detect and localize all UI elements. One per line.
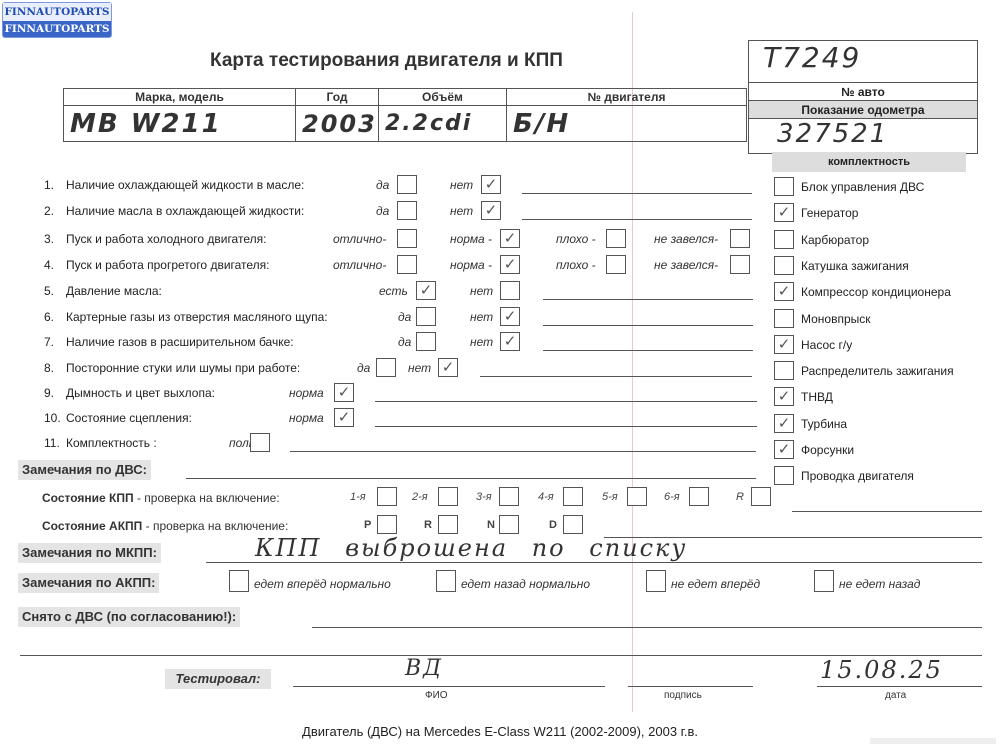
check-number: 8. [44,359,66,377]
comment-line[interactable] [522,193,752,194]
check-number: 9. [44,384,66,402]
gear-checkbox[interactable] [563,487,583,506]
option-label: нет [408,359,431,377]
completeness-label: Блок управления ДВС [801,177,924,197]
gear-checkbox[interactable] [499,515,519,534]
option-checkbox[interactable] [500,281,520,300]
comment-line[interactable] [480,376,752,377]
option-checkbox[interactable] [606,255,626,274]
completeness-label: Моновпрыск [801,309,871,329]
tested-date-line[interactable] [817,686,982,687]
gear-label: 2-я [412,488,428,507]
remarks-manual-value: КПП выброшена по списку [255,534,687,562]
image-caption: Двигатель (ДВС) на Mercedes E-Class W211… [0,724,1000,739]
tested-name-value: ВД [405,656,443,681]
completeness-checkbox[interactable] [774,256,794,275]
completeness-checkbox[interactable] [774,466,794,485]
check-row: 2.Наличие масла в охлаждающей жидкости: [44,202,304,220]
comment-line[interactable] [543,350,753,351]
check-label: Комплектность : [66,436,157,450]
tested-date-value: 15.08.25 [820,656,943,684]
option-label: да [398,333,411,351]
gear-label: 3-я [476,488,492,507]
check-label: Пуск и работа прогретого двигателя: [66,258,270,272]
tested-signature-caption: подпись [664,690,702,701]
option-checkbox[interactable]: ✓ [481,201,501,220]
auto-remark-checkbox[interactable] [436,570,456,592]
completeness-checkbox[interactable]: ✓ [774,282,794,301]
option-checkbox[interactable] [397,255,417,274]
gear-label: 1-я [350,488,366,507]
check-row: 11.Комплектность : [44,434,157,452]
manual-gearbox-label-rest: - проверка на включение: [134,491,280,505]
comment-line[interactable] [375,401,757,402]
gear-checkbox[interactable] [563,515,583,534]
check-number: 4. [44,256,66,274]
check-number: 2. [44,202,66,220]
completeness-label: Компрессор кондиционера [801,282,951,302]
completeness-checkbox[interactable]: ✓ [774,335,794,354]
option-label: норма [289,384,324,402]
completeness-label: Насос г/у [801,335,852,355]
check-label: Наличие масла в охлаждающей жидкости: [66,204,304,218]
gear-label: N [487,516,495,535]
gear-checkbox[interactable] [438,487,458,506]
option-checkbox[interactable] [250,433,270,452]
option-label: плохо - [556,256,596,274]
completeness-checkbox[interactable] [774,230,794,249]
gear-checkbox[interactable] [377,515,397,534]
completeness-label: ТНВД [801,387,833,407]
manual-gearbox-label: Состояние КПП - проверка на включение: [42,489,280,507]
remarks-auto-label: Замечания по АКПП: [18,573,159,593]
option-label: отлично- [333,256,386,274]
option-checkbox[interactable]: ✓ [416,281,436,300]
auto-number-box: T7249 № авто Показание одометра 327521 [748,40,978,154]
completeness-label: Форсунки [801,440,854,460]
completeness-label: Проводка двигателя [801,466,914,486]
check-number: 6. [44,308,66,326]
auto-remark-label: едет назад нормально [461,575,590,593]
option-checkbox[interactable]: ✓ [334,408,354,427]
check-label: Пуск и работа холодного двигателя: [66,232,266,246]
option-checkbox[interactable]: ✓ [500,307,520,326]
check-number: 5. [44,282,66,300]
comment-line[interactable] [290,451,756,452]
check-label: Посторонние стуки или шумы при работе: [66,361,300,375]
check-number: 3. [44,230,66,248]
check-row: 9.Дымность и цвет выхлопа: [44,384,215,402]
auto-remark-label: не едет назад [839,575,920,593]
logo-line-1: FINNAUTOPARTS [3,3,111,21]
gear-checkbox[interactable] [627,487,647,506]
option-checkbox[interactable] [376,358,396,377]
remarks-manual-line[interactable] [206,562,982,563]
completeness-label: Турбина [801,414,847,434]
comment-line[interactable] [522,219,752,220]
option-label: нет [450,176,473,194]
check-row: 4.Пуск и работа прогретого двигателя: [44,256,270,274]
year-value: 2003 [296,106,379,142]
check-number: 7. [44,333,66,351]
removed-label: Снято с ДВС (по согласованию!): [18,607,240,627]
option-checkbox[interactable] [730,255,750,274]
gear-label: 5-я [602,488,618,507]
option-label: да [376,202,389,220]
option-checkbox[interactable]: ✓ [438,358,458,377]
check-row: 5.Давление масла: [44,282,162,300]
gear-checkbox[interactable] [751,487,771,506]
faint-watermark [870,738,996,744]
gear-label: R [424,516,432,535]
completeness-checkbox[interactable]: ✓ [774,414,794,433]
check-row: 6.Картерные газы из отверстия масляного … [44,308,328,326]
tested-name-line[interactable] [293,686,605,687]
option-checkbox[interactable] [606,229,626,248]
check-row: 3.Пуск и работа холодного двигателя: [44,230,266,248]
comment-line[interactable] [543,299,753,300]
auto-remark-checkbox[interactable] [229,570,249,592]
auto-gearbox-label-bold: Состояние АКПП [42,519,142,533]
option-checkbox[interactable]: ✓ [334,383,354,402]
comment-line[interactable] [375,426,757,427]
gear-label: R [736,488,744,507]
option-label: да [357,359,370,377]
check-row: 10.Состояние сцепления: [44,409,192,427]
check-label: Наличие газов в расширительном бачке: [66,335,294,349]
auto-number-label: № авто [749,83,977,101]
completeness-checkbox[interactable]: ✓ [774,440,794,459]
odometer-value: 327521 [749,119,977,153]
completeness-checkbox[interactable]: ✓ [774,387,794,406]
option-label: нет [470,333,493,351]
option-label: отлично- [333,230,386,248]
auto-remark-label: не едет вперёд [671,575,760,593]
check-row: 7.Наличие газов в расширительном бачке: [44,333,294,351]
model-value: MB W211 [64,106,296,142]
completeness-label: Карбюратор [801,230,869,250]
col-header-volume: Объём [379,89,507,106]
col-header-model: Марка, модель [64,89,296,106]
gear-label: 4-я [538,488,554,507]
completeness-label: Генератор [801,203,858,223]
completeness-header: комплектность [772,152,966,172]
auto-gearbox-label: Состояние АКПП - проверка на включение: [42,517,288,535]
option-label: нет [450,202,473,220]
option-checkbox[interactable] [397,175,417,194]
check-label: Состояние сцепления: [66,411,192,425]
completeness-label: Распределитель зажигания [801,361,954,381]
option-label: нет [470,308,493,326]
option-label: да [376,176,389,194]
col-header-engine-number: № двигателя [507,89,747,106]
option-label: плохо - [556,230,596,248]
tested-signature-line[interactable] [628,686,753,687]
gear-checkbox[interactable] [377,487,397,506]
odometer-label: Показание одометра [749,101,977,119]
form-title: Карта тестирования двигателя и КПП [210,50,563,72]
option-label: нет [470,282,493,300]
option-label: норма - [450,256,492,274]
completeness-checkbox[interactable]: ✓ [774,203,794,222]
finnautoparts-logo: FINNAUTOPARTS FINNAUTOPARTS [2,2,112,38]
auto-remark-label: едет вперёд нормально [254,575,391,593]
option-checkbox[interactable] [730,229,750,248]
tested-name-caption: ФИО [425,690,448,701]
completeness-checkbox[interactable] [774,309,794,328]
option-checkbox[interactable]: ✓ [481,175,501,194]
logo-line-2: FINNAUTOPARTS [3,21,111,38]
auto-gearbox-label-rest: - проверка на включение: [142,519,288,533]
remarks-engine-line[interactable] [186,478,756,479]
completeness-label: Катушка зажигания [801,256,909,276]
gear-checkbox[interactable] [689,487,709,506]
comment-line[interactable] [543,325,753,326]
gear-label: 6-я [664,488,680,507]
option-checkbox[interactable] [416,307,436,326]
manual-gearbox-label-bold: Состояние КПП [42,491,134,505]
remarks-manual-label: Замечания по МКПП: [18,543,161,563]
volume-value: 2.2cdi [379,106,507,142]
option-label: не завелся- [654,230,718,248]
vehicle-header-table: Марка, модель Год Объём № двигателя MB W… [63,88,747,142]
check-number: 11. [44,434,66,452]
option-label: норма - [450,230,492,248]
option-label: есть [379,282,408,300]
tested-date-caption: дата [885,690,906,701]
check-label: Наличие охлаждающей жидкости в масле: [66,178,304,192]
check-label: Картерные газы из отверстия масляного щу… [66,310,328,324]
auto-remark-checkbox[interactable] [814,570,834,592]
completeness-checkbox[interactable] [774,177,794,196]
option-checkbox[interactable]: ✓ [500,332,520,351]
completeness-checkbox[interactable] [774,361,794,380]
option-checkbox[interactable] [416,332,436,351]
check-label: Давление масла: [66,284,162,298]
option-checkbox[interactable]: ✓ [500,229,520,248]
option-label: да [398,308,411,326]
col-header-year: Год [296,89,379,106]
engine-number-value: Б/Н [507,106,747,142]
auto-number-value: T7249 [749,41,977,83]
tested-label: Тестировал: [165,669,271,689]
gear-label: D [549,516,557,535]
check-row: 8.Посторонние стуки или шумы при работе: [44,359,300,377]
manual-gearbox-line[interactable] [792,511,982,512]
option-checkbox[interactable]: ✓ [500,255,520,274]
removed-line-1[interactable] [312,627,982,628]
gear-checkbox[interactable] [499,487,519,506]
check-number: 10. [44,409,66,427]
option-label: не завелся- [654,256,718,274]
option-checkbox[interactable] [397,201,417,220]
option-checkbox[interactable] [397,229,417,248]
option-label: норма [289,409,324,427]
check-row: 1.Наличие охлаждающей жидкости в масле: [44,176,304,194]
check-label: Дымность и цвет выхлопа: [66,386,215,400]
gear-label: P [364,516,371,535]
remarks-engine-label: Замечания по ДВС: [18,460,151,480]
auto-remark-checkbox[interactable] [646,570,666,592]
check-number: 1. [44,176,66,194]
gear-checkbox[interactable] [438,515,458,534]
